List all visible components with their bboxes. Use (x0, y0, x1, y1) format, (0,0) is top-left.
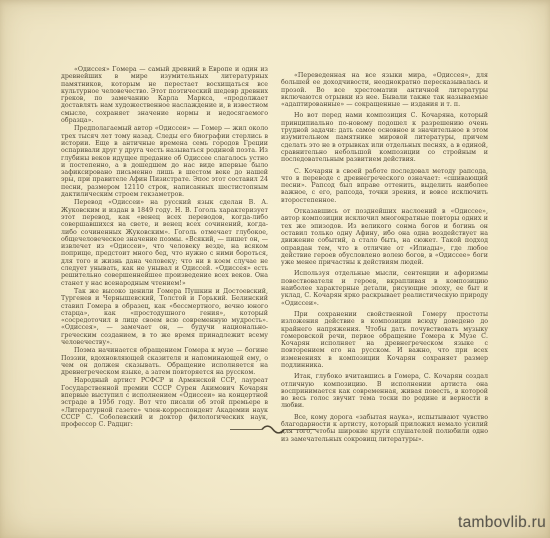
paragraph: «Одиссея» Гомера — самый древний в Европ… (61, 66, 268, 124)
paragraph: Перевод «Одиссеи» на русский язык сделан… (61, 199, 268, 287)
paragraph: При сохранении свойственной Гомеру прост… (281, 311, 488, 369)
paragraph: Итак, глубоко вчитавшись в Гомера, С. Ко… (281, 373, 488, 409)
paragraph: С. Кочарян в своей работе последовал мет… (281, 168, 488, 204)
paragraph: Поэма начинается обращением Гомера к муз… (61, 347, 268, 376)
paragraph: «Переведенная на все языки мира, «Одиссе… (281, 72, 488, 108)
text-columns: «Одиссея» Гомера — самый древний в Европ… (61, 66, 489, 443)
left-column: «Одиссея» Гомера — самый древний в Европ… (61, 66, 268, 443)
tilde-divider-icon (230, 420, 316, 432)
scanned-page: «Одиссея» Гомера — самый древний в Европ… (0, 0, 550, 538)
paragraph: Но вот перед нами композиция С. Кочаряна… (281, 112, 488, 163)
paragraph: Так же высоко ценили Гомера Пушкин и Дос… (61, 288, 268, 346)
watermark-text: tambovlib.ru (458, 514, 546, 532)
right-column: «Переведенная на все языки мира, «Одиссе… (281, 72, 488, 443)
paragraph: Отказавшись от позднейших наслоений в «О… (281, 208, 488, 266)
paragraph: Используя отдельные мысли, сентенции и а… (281, 270, 488, 306)
paragraph: Предполагаемый автор «Одиссеи» — Гомер —… (61, 125, 268, 198)
